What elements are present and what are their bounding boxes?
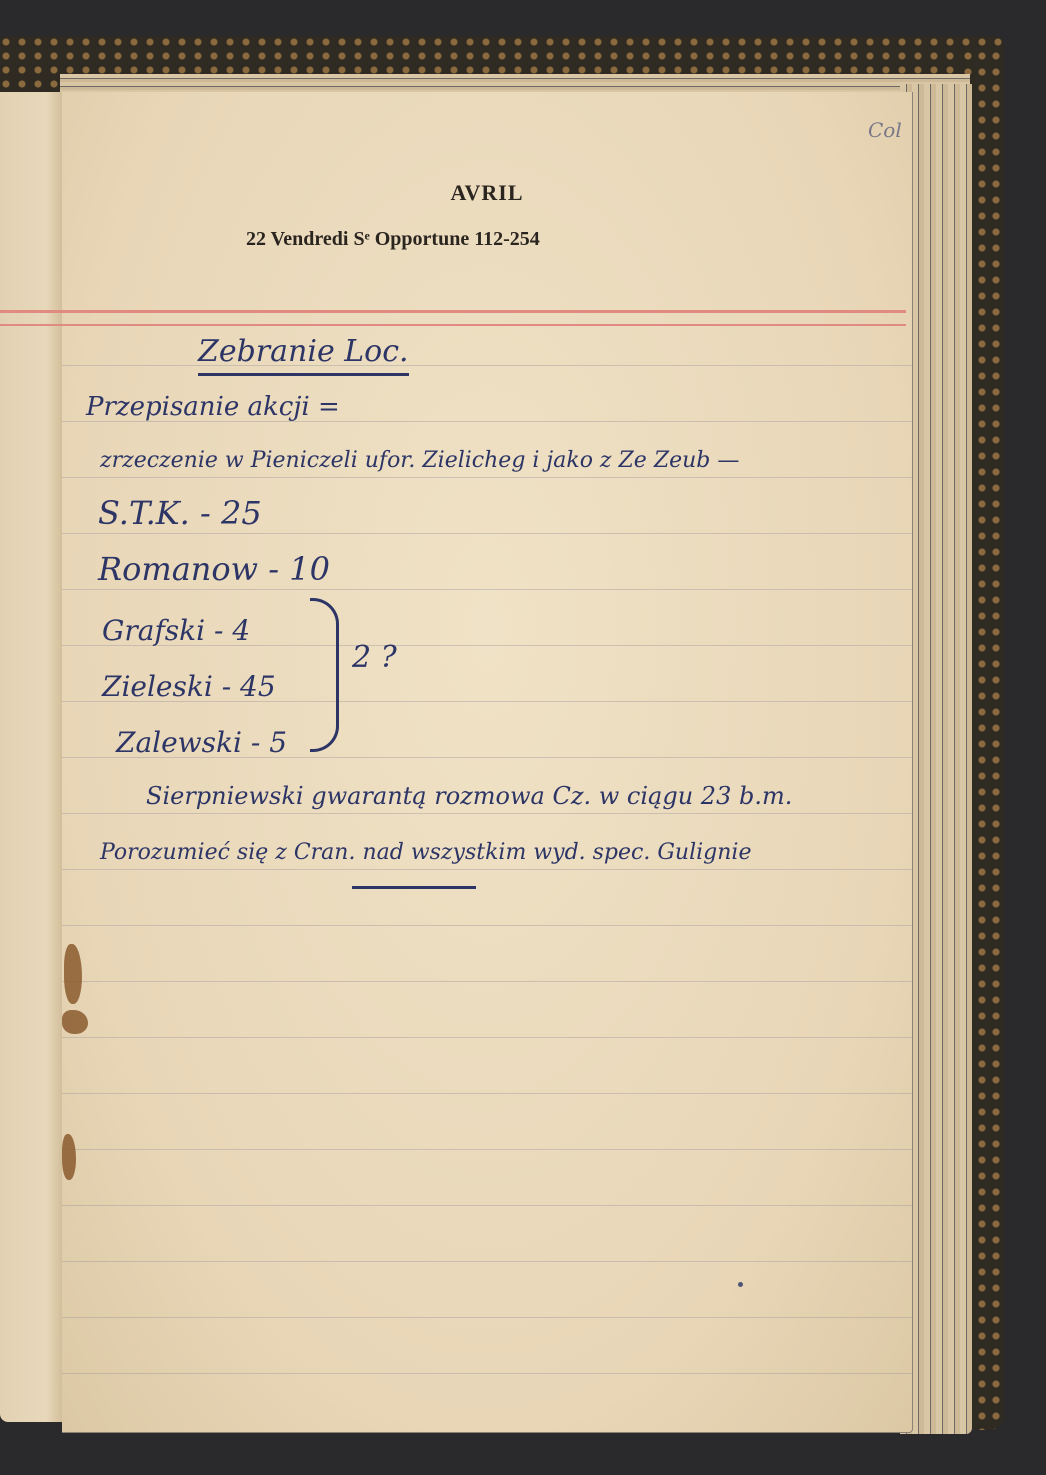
- brace-note: 2 ?: [352, 640, 397, 675]
- entry-line-2: zrzeczenie w Pieniczeli ufor. Zielicheg …: [100, 448, 739, 473]
- paper-stain: [62, 1134, 76, 1180]
- entry-line-9: Porozumieć się z Cran. nad wszystkim wyd…: [100, 840, 751, 865]
- entry-title: Zebranie Loc.: [198, 334, 409, 369]
- date-line: 22 Vendredi Sᵉ Opportune 112-254: [246, 228, 540, 251]
- entry-line-8: Sierpniewski gwarantą rozmowa Cz. w ciąg…: [146, 782, 792, 810]
- pencil-annotation: Col: [868, 118, 902, 142]
- entry-line-zalewski: Zalewski - 5: [116, 726, 287, 759]
- entry-line-grafski: Grafski - 4: [102, 614, 250, 647]
- paper-stain: [64, 944, 82, 1004]
- entry-line-1: Przepisanie akcji =: [86, 392, 340, 422]
- month-heading: AVRIL: [62, 180, 912, 206]
- entry-line-zieleski: Zieleski - 45: [102, 670, 276, 703]
- diary-page: AVRIL 22 Vendredi Sᵉ Opportune 112-254 C…: [62, 92, 913, 1433]
- entry-line-romanow: Romanow - 10: [98, 550, 330, 588]
- underline-nad: [352, 886, 476, 889]
- ink-dot: [738, 1282, 743, 1287]
- entry-line-stk: S.T.K. - 25: [98, 494, 262, 532]
- red-rule-top: [0, 310, 906, 313]
- red-rule-bottom: [0, 324, 906, 326]
- brace-bracket: [310, 598, 339, 752]
- facing-left-page: [0, 92, 66, 1422]
- paper-stain: [62, 1010, 88, 1034]
